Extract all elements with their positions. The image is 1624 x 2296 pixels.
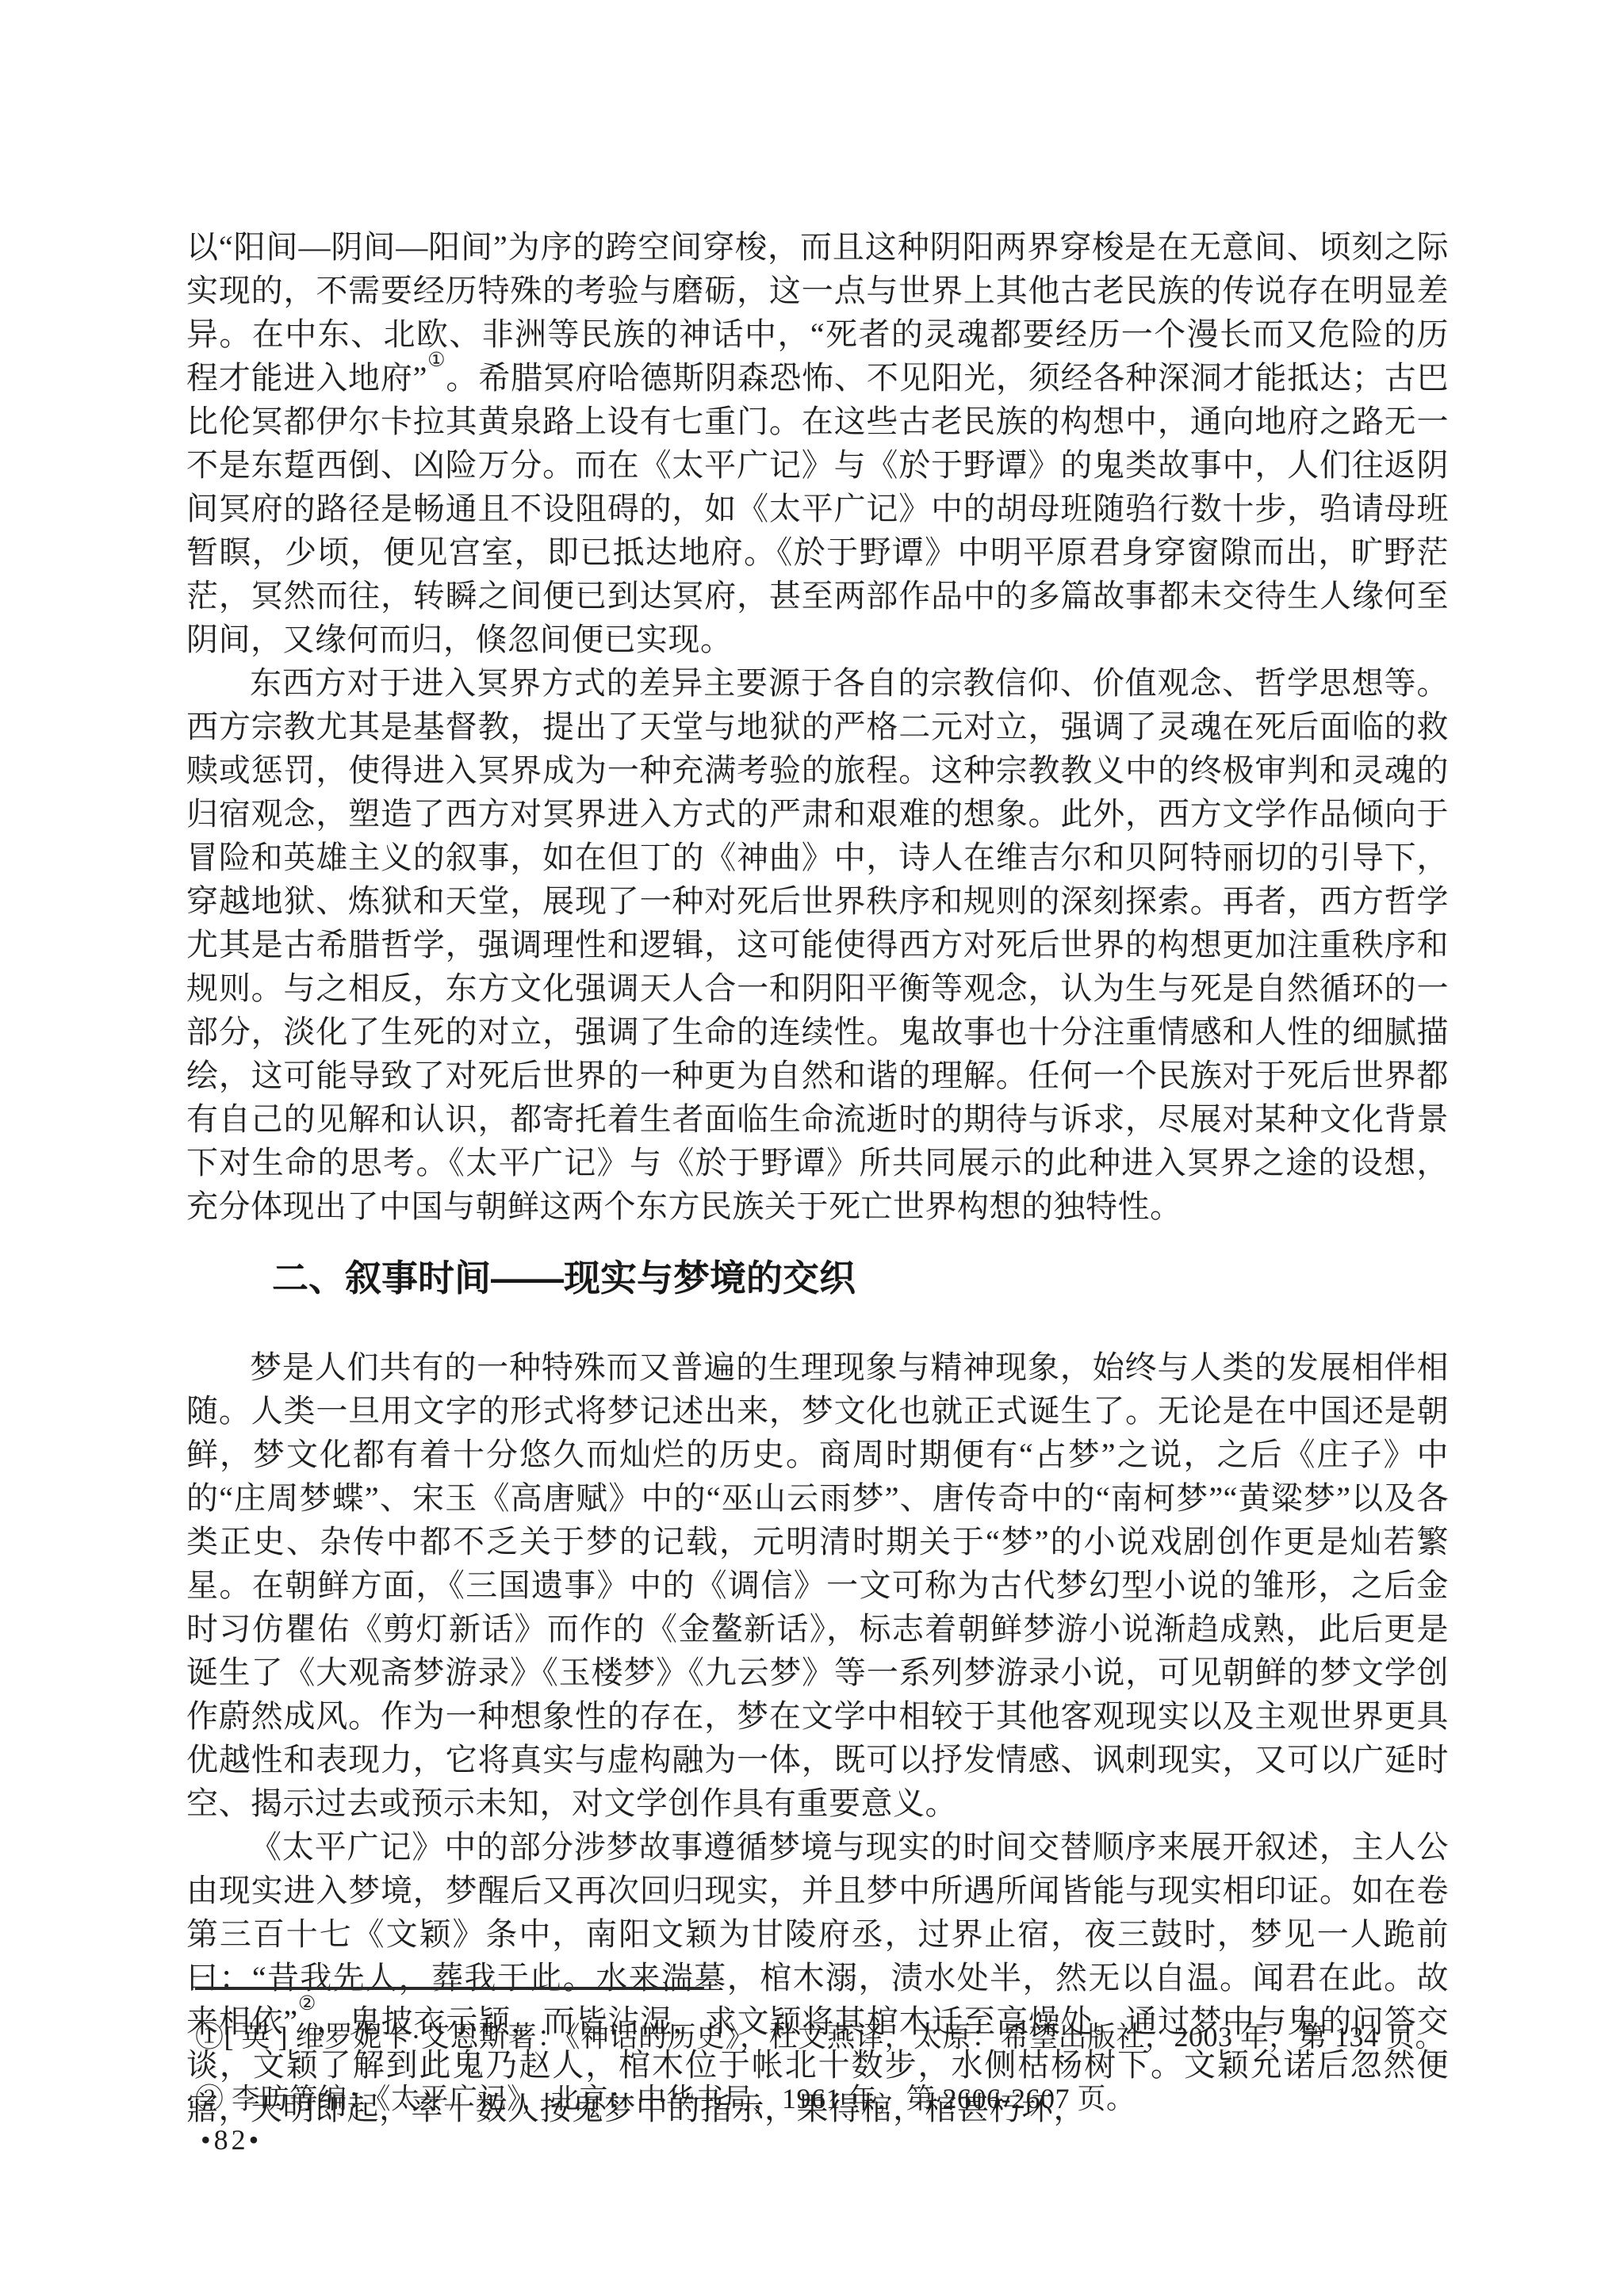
- body-text: 以“阳间—阴间—阳间”为序的跨空间穿梭，而且这种阴阳两界穿梭是在无意间、顷刻之际…: [186, 225, 1449, 2130]
- page-number: •82•: [201, 2123, 262, 2156]
- footnotes: ①[ 英 ] 维罗妮卡·艾恩斯著：《神话的历史》，杜文燕译，太原：希望出版社，2…: [195, 2006, 1457, 2130]
- paragraph-1: 以“阳间—阴间—阳间”为序的跨空间穿梭，而且这种阴阳两界穿梭是在无意间、顷刻之际…: [186, 225, 1449, 661]
- footnote-1: ①[ 英 ] 维罗妮卡·艾恩斯著：《神话的历史》，杜文燕译，太原：希望出版社，2…: [195, 2006, 1457, 2068]
- paragraph-2: 东西方对于进入冥界方式的差异主要源于各自的宗教信仰、价值观念、哲学思想等。西方宗…: [186, 661, 1449, 1228]
- paragraph-1-continued: 。希腊冥府哈德斯阴森恐怖、不见阳光，须经各种深洞才能抵达；古巴比伦冥都伊尔卡拉其…: [186, 360, 1449, 657]
- footnote-2: ② 李昉等编：《太平广记》，北京：中华书局，1961 年，第 2606-2607…: [195, 2068, 1457, 2130]
- paragraph-3: 梦是人们共有的一种特殊而又普遍的生理现象与精神现象，始终与人类的发展相伴相随。人…: [186, 1345, 1449, 1825]
- paper-page: 以“阳间—阴间—阳间”为序的跨空间穿梭，而且这种阴阳两界穿梭是在无意间、顷刻之际…: [0, 0, 1624, 2296]
- footnote-divider: [195, 1987, 704, 1990]
- footnote-ref-1: ①: [427, 350, 446, 371]
- section-heading: 二、叙事时间——现实与梦境的交织: [186, 1249, 1449, 1307]
